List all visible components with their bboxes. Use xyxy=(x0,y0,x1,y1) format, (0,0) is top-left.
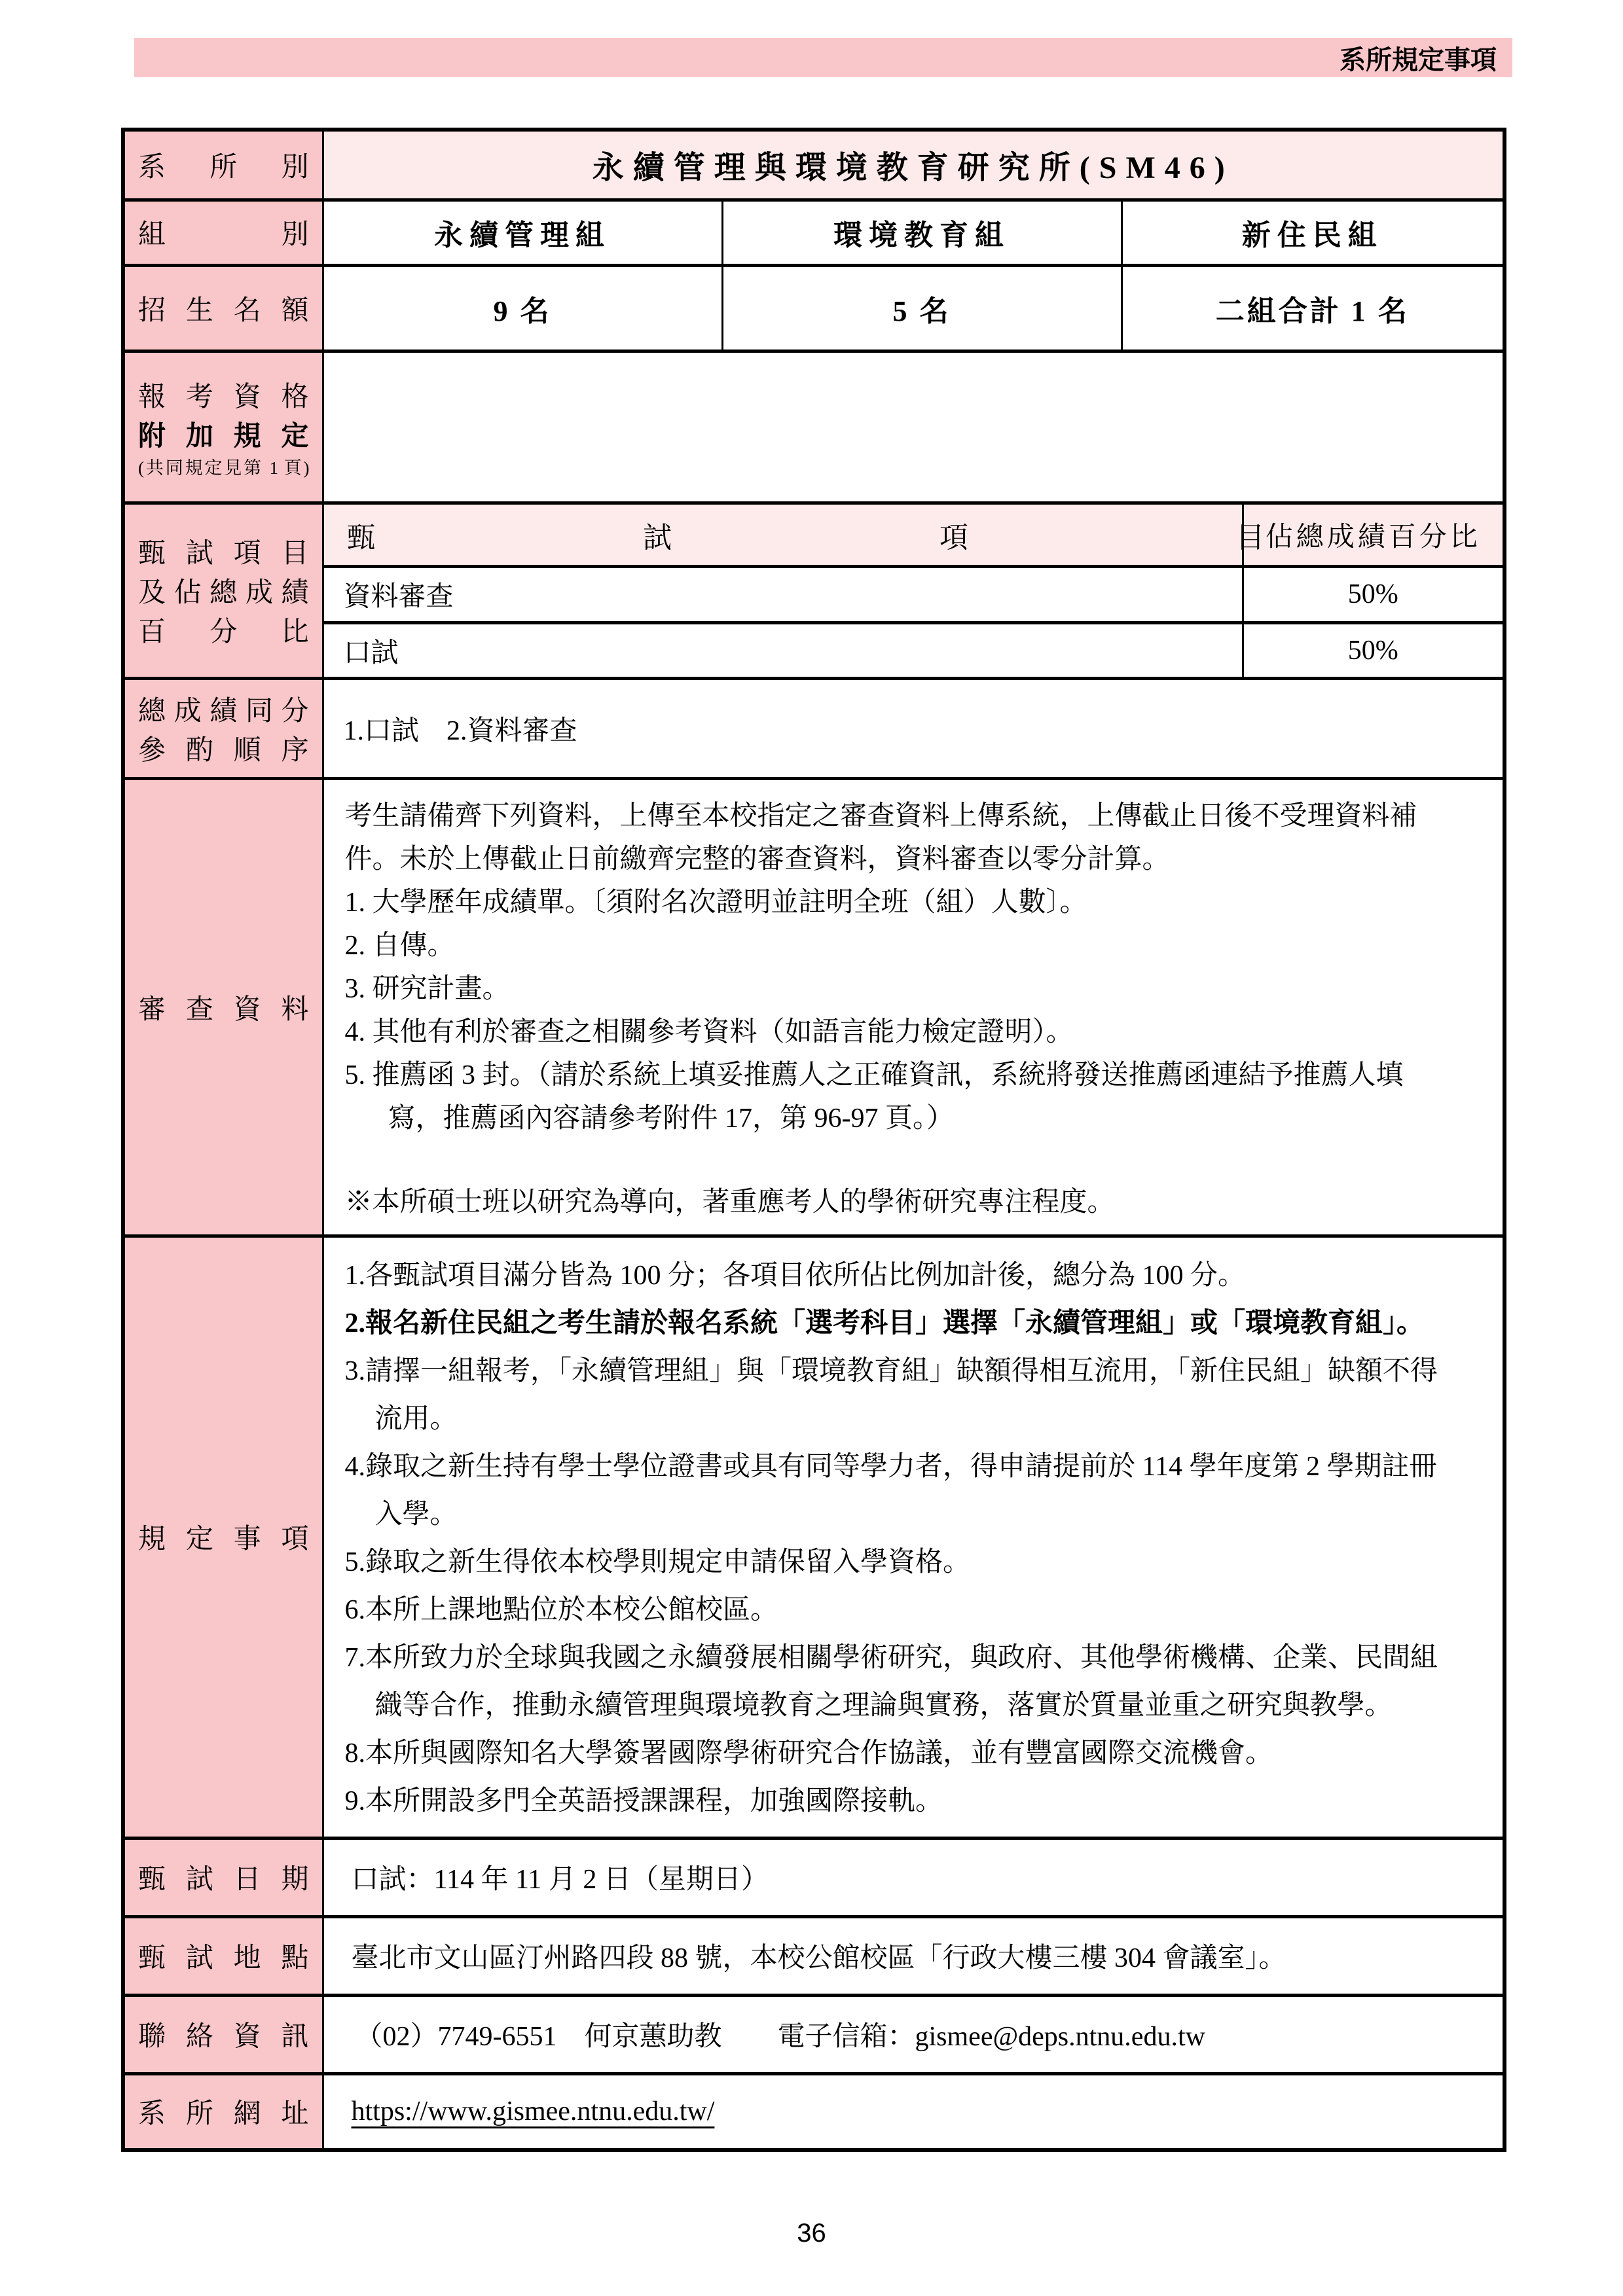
banner-label: 系所規定事項 xyxy=(1340,39,1497,77)
review-intro: 考生請備齊下列資料，上傳至本校指定之審查資料上傳系統，上傳截止日後不受理資料補件… xyxy=(345,795,1446,881)
exam-label-line3: 百分比 xyxy=(138,610,309,649)
rules-label-cell: 規定事項 xyxy=(123,1236,323,1838)
review-item-4: 4. 其他有利於審查之相關參考資料（如語言能力檢定證明）。 xyxy=(345,1011,1446,1054)
eligibility-label-line1: 報考資格 xyxy=(138,375,309,414)
department-title: 永續管理與環境教育研究所(SM46) xyxy=(593,151,1234,185)
row-exam-date: 甄試日期 口試：114 年 11 月 2 日（星期日） xyxy=(123,1838,1504,1916)
group-label: 組別 xyxy=(138,213,309,252)
rule-item-9: 9.本所開設多門全英語授課課程，加強國際接軌。 xyxy=(345,1778,1446,1825)
admission-info-table: 系所別 永續管理與環境教育研究所(SM46) 組別 永續管理組 環境教育組 新住… xyxy=(121,128,1506,2152)
exam-subheader-item-cell: 甄試項目 xyxy=(323,503,1243,566)
group-value-2: 環境教育組 xyxy=(722,200,1122,265)
rule-item-4: 4.錄取之新生持有學士學位證書或具有同等學力者，得申請提前於 114 學年度第 … xyxy=(345,1443,1446,1539)
exam-place-value: 臺北市文山區汀州路四段 88 號，本校公館校區「行政大樓三樓 304 會議室」。 xyxy=(323,1916,1504,1995)
row-website: 系所網址 https://www.gismee.ntnu.edu.tw/ xyxy=(123,2073,1504,2150)
rule-item-2: 2.報名新住民組之考生請於報名系統「選考科目」選擇「永續管理組」或「環境教育組」… xyxy=(345,1300,1446,1348)
department-label-cell: 系所別 xyxy=(123,130,323,200)
exam-subheader-pct: 佔總成績百分比 xyxy=(1243,503,1504,566)
exam-label-cell: 甄試項目 及佔總成績 百分比 xyxy=(123,503,323,678)
exam-place-label-cell: 甄試地點 xyxy=(123,1916,323,1995)
group-label-cell: 組別 xyxy=(123,200,323,265)
row-exam-subheader: 甄試項目 及佔總成績 百分比 甄試項目 佔總成績百分比 xyxy=(123,503,1504,566)
rule-item-1: 1.各甄試項目滿分皆為 100 分；各項目依所佔比例加計後，總分為 100 分。 xyxy=(345,1252,1446,1300)
department-value-cell: 永續管理與環境教育研究所(SM46) xyxy=(323,130,1504,200)
rule-item-8: 8.本所與國際知名大學簽署國際學術研究合作協議，並有豐富國際交流機會。 xyxy=(345,1730,1446,1778)
exam-date-label-cell: 甄試日期 xyxy=(123,1838,323,1916)
review-note: ※本所碩士班以研究為導向，著重應考人的學術研究專注程度。 xyxy=(345,1181,1446,1224)
row-exam-item-1: 資料審查 50% xyxy=(123,566,1504,622)
row-quota: 招生名額 9 名 5 名 二組合計 1 名 xyxy=(123,265,1504,351)
group-value-3: 新住民組 xyxy=(1122,200,1504,265)
contact-phone: （02）7749-6551 何京蕙助教 xyxy=(356,2015,778,2054)
website-link[interactable]: https://www.gismee.ntnu.edu.tw/ xyxy=(352,2096,715,2127)
exam-item-1-pct: 50% xyxy=(1243,566,1504,622)
review-label-cell: 審查資料 xyxy=(123,778,323,1236)
page-header-banner: 系所規定事項 xyxy=(134,38,1512,77)
eligibility-label-cell: 報考資格 附加規定 (共同規定見第 1 頁) xyxy=(123,351,323,503)
quota-value-3: 二組合計 1 名 xyxy=(1122,265,1504,351)
rule-item-6: 6.本所上課地點位於本校公館校區。 xyxy=(345,1587,1446,1634)
exam-item-2-name: 口試 xyxy=(323,622,1243,678)
row-contact: 聯絡資訊 （02）7749-6551 何京蕙助教 電子信箱：gismee@dep… xyxy=(123,1995,1504,2073)
website-label-cell: 系所網址 xyxy=(123,2073,323,2150)
exam-subheader-item: 甄試項目 xyxy=(324,514,1288,556)
row-review: 審查資料 考生請備齊下列資料，上傳至本校指定之審查資料上傳系統，上傳截止日後不受… xyxy=(123,778,1504,1236)
eligibility-label-line2: 附加規定 xyxy=(138,414,309,454)
review-item-3: 3. 研究計畫。 xyxy=(345,967,1446,1011)
row-eligibility: 報考資格 附加規定 (共同規定見第 1 頁) xyxy=(123,351,1504,503)
tiebreak-label-cell: 總成績同分 參酌順序 xyxy=(123,678,323,778)
page-number: 36 xyxy=(0,2219,1623,2248)
review-item-1: 1. 大學歷年成績單。〔須附名次證明並註明全班（組）人數〕。 xyxy=(345,881,1446,924)
row-tiebreak: 總成績同分 參酌順序 1.口試 2.資料審查 xyxy=(123,678,1504,778)
exam-date-value: 口試：114 年 11 月 2 日（星期日） xyxy=(323,1838,1504,1916)
contact-value-cell: （02）7749-6551 何京蕙助教 電子信箱：gismee@deps.ntn… xyxy=(323,1995,1504,2073)
quota-label: 招生名額 xyxy=(138,289,309,328)
rules-value-cell: 1.各甄試項目滿分皆為 100 分；各項目依所佔比例加計後，總分為 100 分。… xyxy=(323,1236,1504,1838)
review-item-2: 2. 自傳。 xyxy=(345,924,1446,967)
rule-item-3: 3.請擇一組報考，「永續管理組」與「環境教育組」缺額得相互流用，「新住民組」缺額… xyxy=(345,1348,1446,1443)
group-value-1: 永續管理組 xyxy=(323,200,722,265)
rule-item-5: 5.錄取之新生得依本校學則規定申請保留入學資格。 xyxy=(345,1539,1446,1587)
row-exam-place: 甄試地點 臺北市文山區汀州路四段 88 號，本校公館校區「行政大樓三樓 304 … xyxy=(123,1916,1504,1995)
website-label: 系所網址 xyxy=(138,2092,309,2131)
review-label: 審查資料 xyxy=(138,988,309,1027)
contact-label: 聯絡資訊 xyxy=(138,2015,309,2054)
row-department: 系所別 永續管理與環境教育研究所(SM46) xyxy=(123,130,1504,200)
eligibility-label-line3: (共同規定見第 1 頁) xyxy=(138,454,309,479)
exam-place-label: 甄試地點 xyxy=(138,1936,309,1975)
exam-label-line2: 及佔總成績 xyxy=(138,571,309,610)
contact-email: 電子信箱：gismee@deps.ntnu.edu.tw xyxy=(778,2015,1205,2054)
tiebreak-value: 1.口試 2.資料審查 xyxy=(323,678,1504,778)
row-group: 組別 永續管理組 環境教育組 新住民組 xyxy=(123,200,1504,265)
quota-label-cell: 招生名額 xyxy=(123,265,323,351)
tiebreak-label-line1: 總成績同分 xyxy=(138,689,309,728)
quota-value-2: 5 名 xyxy=(722,265,1122,351)
contact-label-cell: 聯絡資訊 xyxy=(123,1995,323,2073)
rule-item-7: 7.本所致力於全球與我國之永續發展相關學術研究，與政府、其他學術機構、企業、民間… xyxy=(345,1634,1446,1730)
exam-label-line1: 甄試項目 xyxy=(138,531,309,571)
quota-value-1: 9 名 xyxy=(323,265,722,351)
review-item-5: 5. 推薦函 3 封。（請於系統上填妥推薦人之正確資訊，系統將發送推薦函連結予推… xyxy=(345,1054,1446,1140)
exam-item-1-name: 資料審查 xyxy=(323,566,1243,622)
exam-date-label: 甄試日期 xyxy=(138,1857,309,1897)
row-exam-item-2: 口試 50% xyxy=(123,622,1504,678)
eligibility-value-cell xyxy=(323,351,1504,503)
review-value-cell: 考生請備齊下列資料，上傳至本校指定之審查資料上傳系統，上傳截止日後不受理資料補件… xyxy=(323,778,1504,1236)
exam-item-2-pct: 50% xyxy=(1243,622,1504,678)
department-label: 系所別 xyxy=(138,145,309,185)
website-value-cell: https://www.gismee.ntnu.edu.tw/ xyxy=(323,2073,1504,2150)
rules-label: 規定事項 xyxy=(138,1517,309,1556)
row-rules: 規定事項 1.各甄試項目滿分皆為 100 分；各項目依所佔比例加計後，總分為 1… xyxy=(123,1236,1504,1838)
tiebreak-label-line2: 參酌順序 xyxy=(138,728,309,768)
